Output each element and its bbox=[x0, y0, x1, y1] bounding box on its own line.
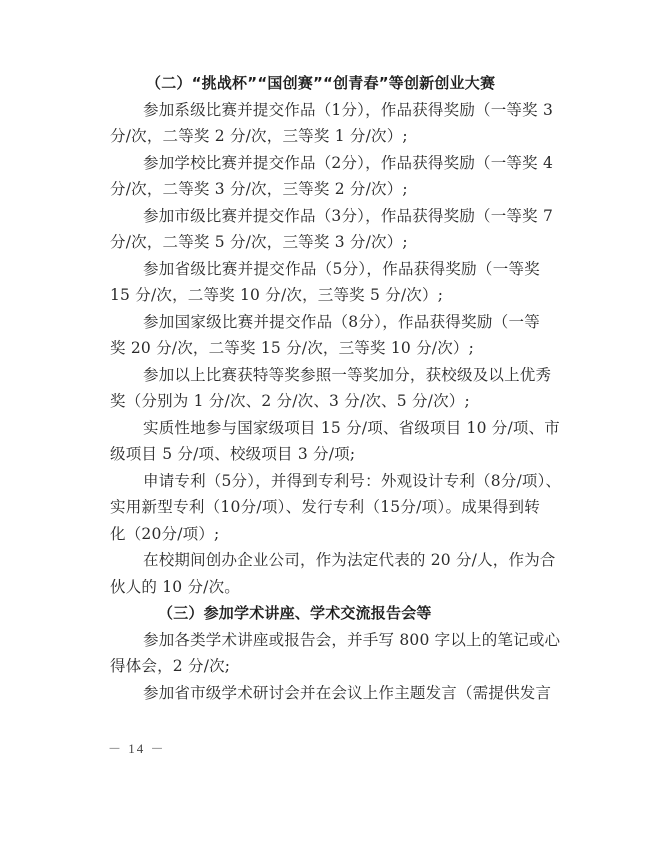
page-number: － 14 － bbox=[108, 738, 166, 757]
paragraph-line: 参加学校比赛并提交作品（2分），作品获得奖励（一等奖 4 bbox=[110, 150, 540, 177]
paragraph-line: 伙人的 10 分/次。 bbox=[110, 574, 540, 601]
paragraph-line: 奖 20 分/次，二等奖 15 分/次，三等奖 10 分/次）; bbox=[110, 335, 540, 362]
section-heading: （二）“挑战杯”“国创赛”“创青春”等创新创业大赛 bbox=[110, 70, 540, 97]
section-heading: （三）参加学术讲座、学术交流报告会等 bbox=[110, 600, 540, 627]
paragraph-line: 参加以上比赛获特等奖参照一等奖加分，获校级及以上优秀 bbox=[110, 362, 540, 389]
paragraph-line: 化（20分/项）; bbox=[110, 521, 540, 548]
paragraph-line: 参加各类学术讲座或报告会，并手写 800 字以上的笔记或心 bbox=[110, 627, 540, 654]
paragraph-line: 参加省市级学术研讨会并在会议上作主题发言（需提供发言 bbox=[110, 680, 540, 707]
paragraph-line: 分/次，二等奖 2 分/次，三等奖 1 分/次）; bbox=[110, 123, 540, 150]
paragraph-line: 申请专利（5分），并得到专利号：外观设计专利（8分/项）、 bbox=[110, 468, 540, 495]
paragraph-line: 分/次，二等奖 3 分/次，三等奖 2 分/次）; bbox=[110, 176, 540, 203]
paragraph-line: 参加国家级比赛并提交作品（8分），作品获得奖励（一等 bbox=[110, 309, 540, 336]
paragraph-line: 分/次，二等奖 5 分/次，三等奖 3 分/次）; bbox=[110, 229, 540, 256]
paragraph-line: 实质性地参与国家级项目 15 分/项、省级项目 10 分/项、市 bbox=[110, 415, 540, 442]
paragraph-line: 级项目 5 分/项、校级项目 3 分/项; bbox=[110, 441, 540, 468]
paragraph-line: 得体会，2 分/次; bbox=[110, 653, 540, 680]
paragraph-line: 参加系级比赛并提交作品（1分），作品获得奖励（一等奖 3 bbox=[110, 97, 540, 124]
paragraph-line: 奖（分别为 1 分/次、2 分/次、3 分/次、5 分/次）; bbox=[110, 388, 540, 415]
paragraph-line: 15 分/次，二等奖 10 分/次，三等奖 5 分/次）; bbox=[110, 282, 540, 309]
paragraph-line: 参加省级比赛并提交作品（5分），作品获得奖励（一等奖 bbox=[110, 256, 540, 283]
paragraph-line: 在校期间创办企业公司，作为法定代表的 20 分/人，作为合 bbox=[110, 547, 540, 574]
paragraph-line: 参加市级比赛并提交作品（3分），作品获得奖励（一等奖 7 bbox=[110, 203, 540, 230]
paragraph-line: 实用新型专利（10分/项）、发行专利（15分/项）。成果得到转 bbox=[110, 494, 540, 521]
document-page: （二）“挑战杯”“国创赛”“创青春”等创新创业大赛 参加系级比赛并提交作品（1分… bbox=[110, 70, 540, 706]
